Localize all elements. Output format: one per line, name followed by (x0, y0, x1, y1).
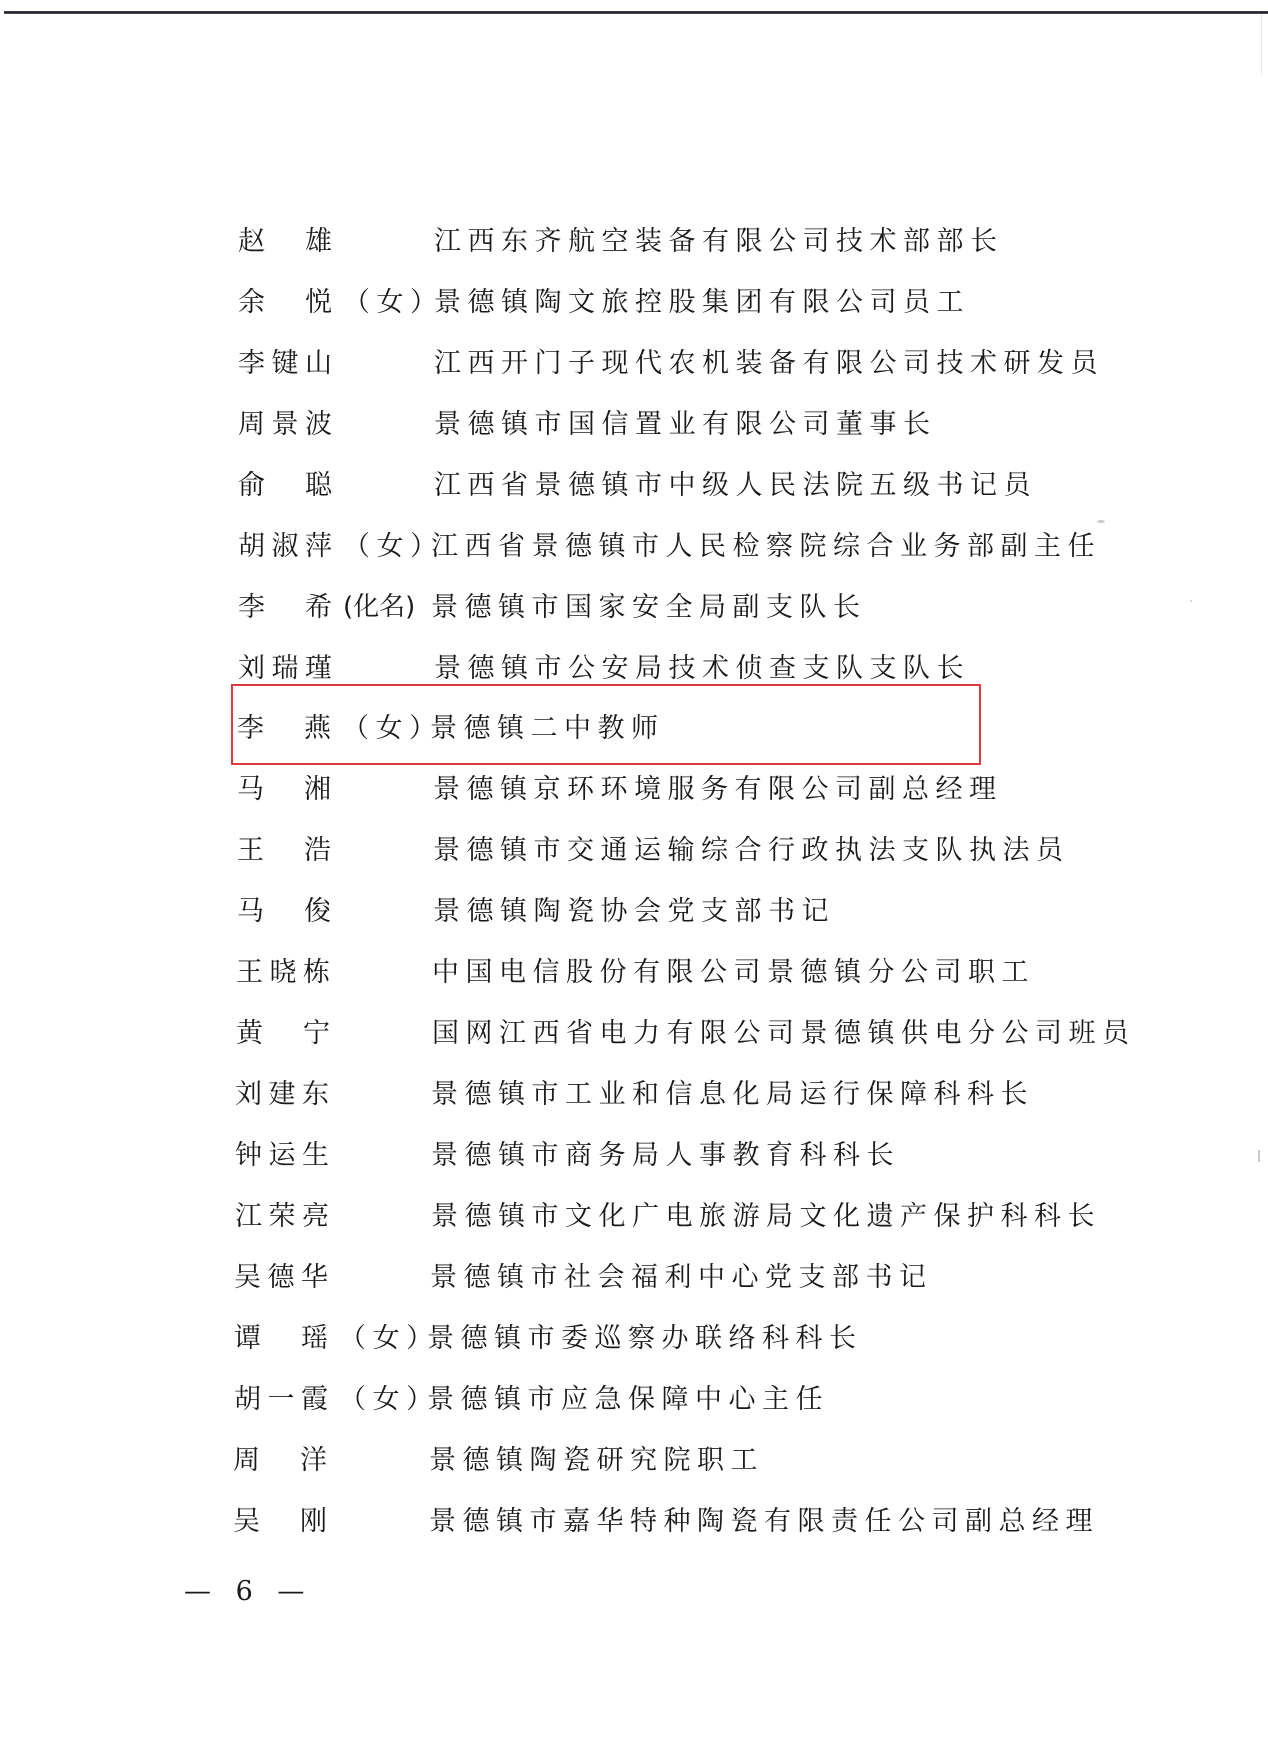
person-name: 李 燕 (237, 706, 342, 745)
list-item: 刘建东 景德镇市工业和信息化局运行保障科科长 (235, 1071, 1034, 1111)
person-name: 俞 聪 (238, 463, 434, 502)
list-item: 李 希 (化名) 景德镇市国家安全局副支队长 (238, 584, 867, 624)
gender-tag: （女） (342, 706, 430, 745)
person-organization: 江西省景德镇市人民检察院综合业务部副主任 (431, 524, 1101, 563)
person-name: 江荣亮 (235, 1194, 431, 1233)
person-organization: 景德镇市国家安全局副支队长 (431, 585, 867, 624)
gender-tag: （女） (343, 524, 431, 563)
list-item: 谭 瑶 （女） 景德镇市委巡察办联络科科长 (234, 1315, 863, 1355)
person-organization: 景德镇陶瓷研究院职工 (429, 1438, 764, 1477)
list-item: 钟运生 景德镇市商务局人事教育科科长 (235, 1132, 900, 1172)
person-name: 胡一霞 (234, 1377, 339, 1416)
list-item: 王 浩 景德镇市交通运输综合行政执法支队执法员 (237, 827, 1070, 867)
person-name: 马 俊 (237, 889, 433, 928)
person-name: 李键山 (238, 341, 434, 380)
person-organization: 景德镇市文化广电旅游局文化遗产保护科科长 (431, 1194, 1101, 1233)
person-name: 周景波 (238, 402, 434, 441)
person-organization: 景德镇市国信置业有限公司董事长 (434, 402, 937, 441)
list-item: 周 洋 景德镇陶瓷研究院职工 (233, 1437, 764, 1477)
person-organization: 景德镇市商务局人事教育科科长 (431, 1133, 900, 1172)
list-item: 周景波 景德镇市国信置业有限公司董事长 (238, 401, 937, 441)
list-item: 胡淑萍 （女） 江西省景德镇市人民检察院综合业务部副主任 (238, 523, 1101, 563)
top-border-rule (4, 11, 1268, 14)
list-item: 吴德华 景德镇市社会福利中心党支部书记 (234, 1254, 933, 1294)
person-organization: 景德镇陶瓷协会党支部书记 (433, 889, 835, 928)
person-organization: 景德镇市嘉华特种陶瓷有限责任公司副总经理 (429, 1499, 1099, 1538)
person-name: 李 希 (238, 585, 343, 624)
person-name: 余 悦 (238, 280, 343, 319)
person-organization: 江西东齐航空装备有限公司技术部部长 (434, 219, 1004, 258)
gender-tag: （女） (343, 280, 434, 319)
person-organization: 江西省景德镇市中级人民法院五级书记员 (434, 463, 1037, 502)
person-name: 周 洋 (233, 1438, 429, 1477)
gender-tag: （女） (339, 1316, 427, 1355)
person-name: 吴德华 (234, 1255, 430, 1294)
person-name: 王 浩 (237, 828, 433, 867)
scan-speck (1097, 520, 1105, 523)
list-item: 马 湘 景德镇京环环境服务有限公司副总经理 (237, 766, 1003, 806)
scan-edge-line (1261, 14, 1262, 74)
person-name: 吴 刚 (233, 1499, 429, 1538)
person-name: 马 湘 (237, 767, 433, 806)
person-organization: 景德镇京环环境服务有限公司副总经理 (433, 767, 1003, 806)
person-name: 刘建东 (235, 1072, 431, 1111)
person-organization: 景德镇市委巡察办联络科科长 (427, 1316, 863, 1355)
person-name: 黄 宁 (236, 1011, 432, 1050)
scan-speck (1258, 1150, 1260, 1162)
person-organization: 景德镇市社会福利中心党支部书记 (430, 1255, 933, 1294)
person-organization: 景德镇陶文旅控股集团有限公司员工 (434, 280, 970, 319)
person-name: 刘瑞瑾 (238, 646, 434, 685)
person-name: 王晓栋 (236, 950, 432, 989)
list-item: 李键山 江西开门子现代农机装备有限公司技术研发员 (238, 340, 1104, 380)
list-item: 刘瑞瑾 景德镇市公安局技术侦查支队支队长 (238, 645, 970, 685)
list-item: 余 悦 （女） 景德镇陶文旅控股集团有限公司员工 (238, 279, 970, 319)
page-number: — 6 — (184, 1576, 312, 1607)
alias-tag: (化名) (343, 586, 431, 623)
list-item: 胡一霞 （女） 景德镇市应急保障中心主任 (234, 1376, 829, 1416)
person-organization: 景德镇市工业和信息化局运行保障科科长 (431, 1072, 1034, 1111)
scan-speck (1190, 600, 1192, 602)
person-name: 谭 瑶 (234, 1316, 339, 1355)
person-organization: 中国电信股份有限公司景德镇分公司职工 (432, 950, 1035, 989)
person-name: 胡淑萍 (238, 524, 343, 563)
person-organization: 景德镇市公安局技术侦查支队支队长 (434, 646, 970, 685)
person-organization: 景德镇市应急保障中心主任 (427, 1377, 829, 1416)
list-item-highlighted: 李 燕 （女） 景德镇二中教师 (237, 705, 665, 745)
list-item: 江荣亮 景德镇市文化广电旅游局文化遗产保护科科长 (235, 1193, 1101, 1233)
person-organization: 国网江西省电力有限公司景德镇供电分公司班员 (432, 1011, 1136, 1050)
person-organization: 景德镇二中教师 (430, 706, 665, 745)
list-item: 马 俊 景德镇陶瓷协会党支部书记 (237, 888, 835, 928)
list-item: 吴 刚 景德镇市嘉华特种陶瓷有限责任公司副总经理 (233, 1498, 1099, 1538)
person-organization: 江西开门子现代农机装备有限公司技术研发员 (434, 341, 1104, 380)
list-item: 俞 聪 江西省景德镇市中级人民法院五级书记员 (238, 462, 1037, 502)
list-item: 王晓栋 中国电信股份有限公司景德镇分公司职工 (236, 949, 1035, 989)
person-name: 钟运生 (235, 1133, 431, 1172)
person-name: 赵 雄 (238, 219, 434, 258)
person-organization: 景德镇市交通运输综合行政执法支队执法员 (433, 828, 1070, 867)
list-item: 赵 雄 江西东齐航空装备有限公司技术部部长 (238, 218, 1004, 258)
gender-tag: （女） (339, 1377, 427, 1416)
list-item: 黄 宁 国网江西省电力有限公司景德镇供电分公司班员 (236, 1010, 1136, 1050)
